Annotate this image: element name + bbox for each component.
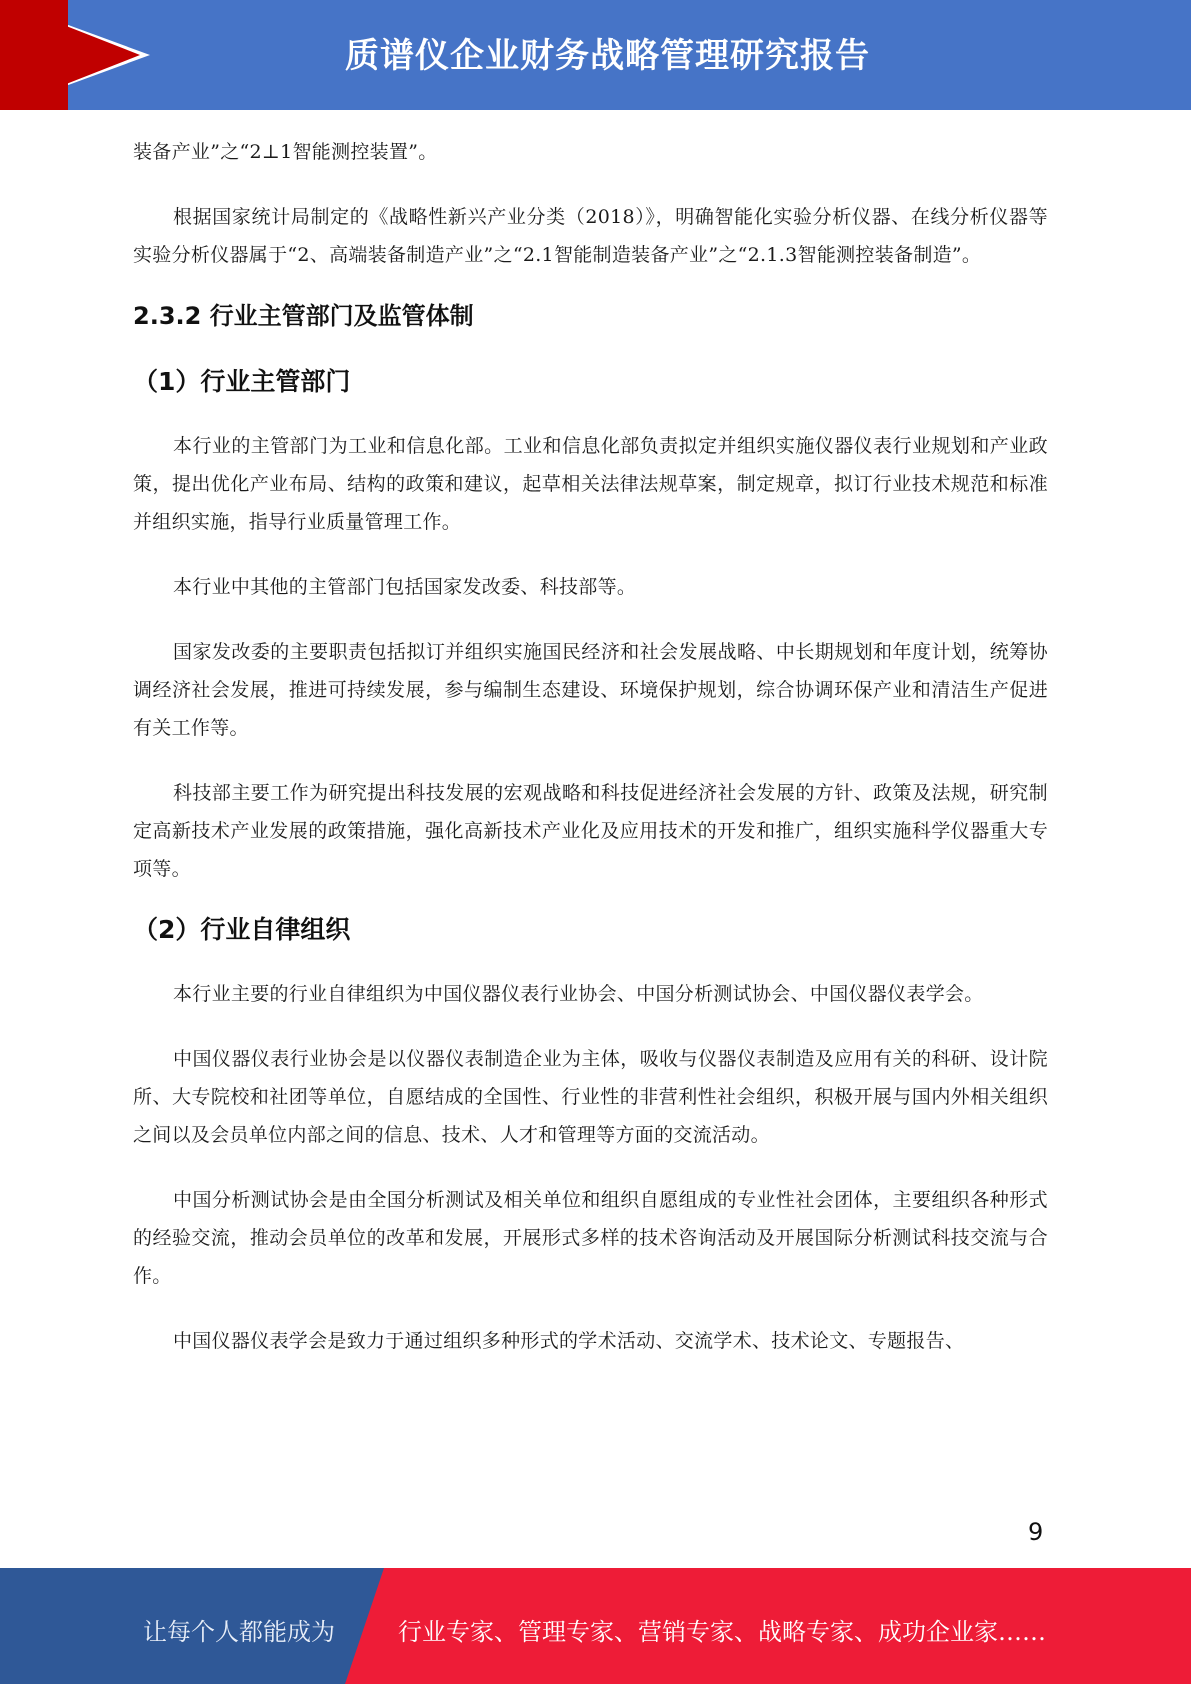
paragraph-most: 科技部主要工作为研究提出科技发展的宏观战略和科技促进经济社会发展的方针、政策及法… <box>133 774 1048 888</box>
section-heading: 2.3.2 行业主管部门及监管体制 <box>133 296 1048 336</box>
paragraph-continuation: 装备产业”之“2⊥1智能测控装置”。 <box>133 133 1048 171</box>
document-body: 装备产业”之“2⊥1智能测控装置”。 根据国家统计局制定的《战略性新兴产业分类（… <box>133 133 1048 1360</box>
footer-banner: 让每个人都能成为 行业专家、管理专家、营销专家、战略专家、成功企业家…… <box>0 1568 1191 1684</box>
subsection-heading-authority: （1）行业主管部门 <box>133 362 1048 402</box>
paragraph-cis: 中国仪器仪表学会是致力于通过组织多种形式的学术活动、交流学术、技术论文、专题报告… <box>133 1322 1048 1360</box>
footer-slogan-left: 让每个人都能成为 <box>143 1612 335 1647</box>
paragraph-ndrc: 国家发改委的主要职责包括拟订并组织实施国民经济和社会发展战略、中长期规划和年度计… <box>133 633 1048 747</box>
header-banner: 质谱仪企业财务战略管理研究报告 <box>0 0 1191 110</box>
report-title: 质谱仪企业财务战略管理研究报告 <box>0 28 1191 77</box>
footer-slogan-right: 行业专家、管理专家、营销专家、战略专家、成功企业家…… <box>398 1612 1046 1647</box>
paragraph-self-regulatory-orgs: 本行业主要的行业自律组织为中国仪器仪表行业协会、中国分析测试协会、中国仪器仪表学… <box>133 975 1048 1013</box>
paragraph-caia: 中国分析测试协会是由全国分析测试及相关单位和组织自愿组成的专业性社会团体，主要组… <box>133 1181 1048 1295</box>
paragraph-miit: 本行业的主管部门为工业和信息化部。工业和信息化部负责拟定并组织实施仪器仪表行业规… <box>133 427 1048 541</box>
subsection-heading-self-regulatory: （2）行业自律组织 <box>133 910 1048 950</box>
page-number: 9 <box>1028 1518 1043 1546</box>
paragraph-classification: 根据国家统计局制定的《战略性新兴产业分类（2018）》，明确智能化实验分析仪器、… <box>133 198 1048 274</box>
paragraph-other-authorities: 本行业中其他的主管部门包括国家发改委、科技部等。 <box>133 568 1048 606</box>
paragraph-cima: 中国仪器仪表行业协会是以仪器仪表制造企业为主体，吸收与仪器仪表制造及应用有关的科… <box>133 1040 1048 1154</box>
